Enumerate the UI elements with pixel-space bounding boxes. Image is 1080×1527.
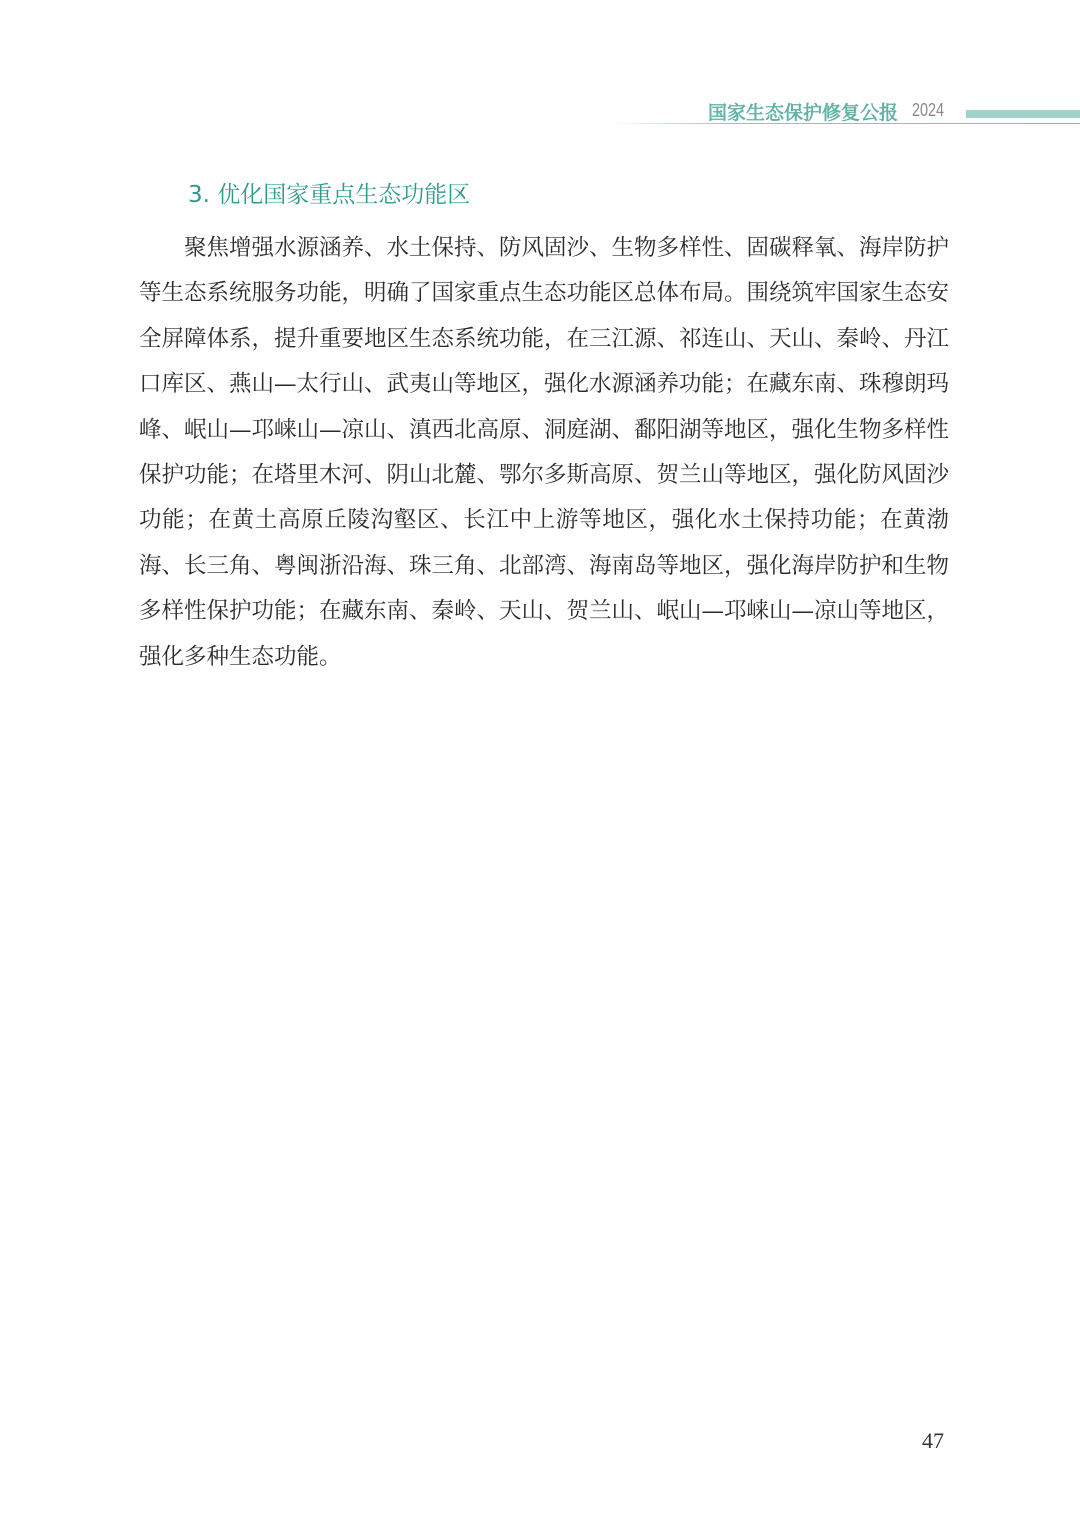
header-accent-bar <box>966 110 1080 118</box>
section-heading: 3. 优化国家重点生态功能区 <box>188 176 470 209</box>
body-paragraph: 聚焦增强水源涵养、水土保持、防风固沙、生物多样性、固碳释氧、海岸防护等生态系统服… <box>139 226 949 680</box>
publication-title: 国家生态保护修复公报 <box>708 98 898 125</box>
header-rule-line <box>610 123 1080 124</box>
page-number: 47 <box>922 1428 944 1454</box>
publication-year: 2024 <box>912 100 944 121</box>
